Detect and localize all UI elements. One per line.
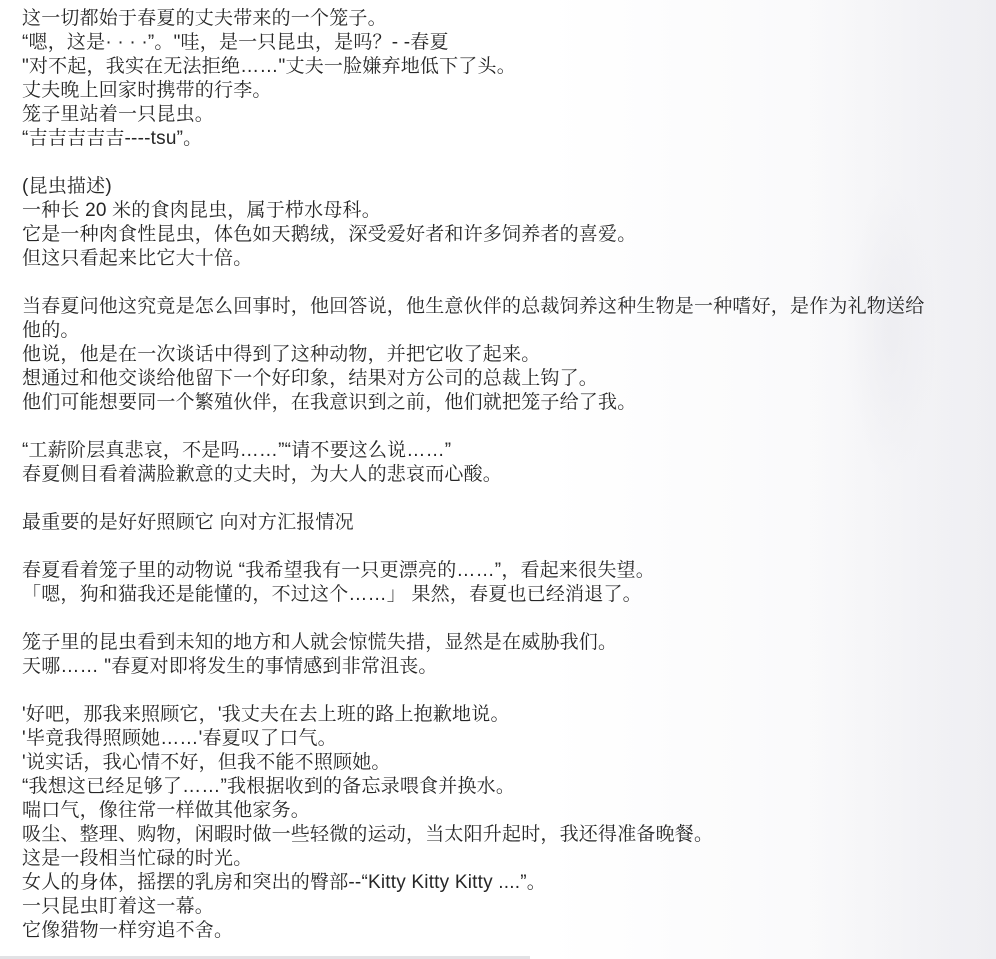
text-line: '说实话，我心情不好，但我不能不照顾她。	[22, 751, 978, 775]
text-line: "对不起，我实在无法拒绝……"丈夫一脸嫌弃地低下了头。	[22, 55, 978, 79]
text-line: 「嗯，狗和猫我还是能懂的，不过这个……」 果然，春夏也已经消退了。	[22, 583, 978, 607]
text-line: 天哪…… "春夏对即将发生的事情感到非常沮丧。	[22, 655, 978, 679]
text-line: “我想这已经足够了……”我根据收到的备忘录喂食并换水。	[22, 775, 978, 799]
text-line: 笼子里的昆虫看到未知的地方和人就会惊慌失措，显然是在威胁我们。	[22, 631, 978, 655]
text-line: 笼子里站着一只昆虫。	[22, 103, 978, 127]
text-line: 但这只看起来比它大十倍。	[22, 247, 978, 271]
text-line: 春夏看着笼子里的动物说 “我希望我有一只更漂亮的……”，看起来很失望。	[22, 559, 978, 583]
paragraph-explanation: 当春夏问他这究竟是怎么回事时，他回答说，他生意伙伴的总裁饲养这种生物是一种嗜好，…	[22, 295, 978, 415]
text-line: '毕竟我得照顾她……'春夏叹了口气。	[22, 727, 978, 751]
text-line: “工薪阶层真悲哀，不是吗……”“请不要这么说……”	[22, 439, 978, 463]
paragraph-insect-description: (昆虫描述) 一种长 20 米的食肉昆虫，属于栉水母科。 它是一种肉食性昆虫，体…	[22, 175, 978, 271]
text-line: 他的。	[22, 319, 978, 343]
paragraph-instruction: 最重要的是好好照顾它 向对方汇报情况	[22, 511, 978, 535]
text-line: 春夏侧目看着满脸歉意的丈夫时，为大人的悲哀而心酸。	[22, 463, 978, 487]
paragraph-opening: 这一切都始于春夏的丈夫带来的一个笼子。 “嗯，这是· · · ·”。"哇，是一只…	[22, 7, 978, 151]
text-line: 一种长 20 米的食肉昆虫，属于栉水母科。	[22, 199, 978, 223]
paragraph-cage-insect: 笼子里的昆虫看到未知的地方和人就会惊慌失措，显然是在威胁我们。 天哪…… "春夏…	[22, 631, 978, 679]
text-line: 最重要的是好好照顾它 向对方汇报情况	[22, 511, 978, 535]
text-line: 这一切都始于春夏的丈夫带来的一个笼子。	[22, 7, 978, 31]
text-line: 他们可能想要同一个繁殖伙伴，在我意识到之前，他们就把笼子给了我。	[22, 391, 978, 415]
text-line: “吉吉吉吉吉----tsu”。	[22, 127, 978, 151]
text-line: “嗯，这是· · · ·”。"哇，是一只昆虫，是吗？- -春夏	[22, 31, 978, 55]
document-page: 这一切都始于春夏的丈夫带来的一个笼子。 “嗯，这是· · · ·”。"哇，是一只…	[0, 0, 996, 959]
text-line: 吸尘、整理、购物，闲暇时做一些轻微的运动，当太阳升起时，我还得准备晚餐。	[22, 823, 978, 847]
document-content: 这一切都始于春夏的丈夫带来的一个笼子。 “嗯，这是· · · ·”。"哇，是一只…	[0, 0, 996, 943]
paragraph-daily-care: '好吧，那我来照顾它，'我丈夫在去上班的路上抱歉地说。 '毕竟我得照顾她……'春…	[22, 703, 978, 943]
text-line: 丈夫晚上回家时携带的行李。	[22, 79, 978, 103]
text-line: (昆虫描述)	[22, 175, 978, 199]
text-line: 想通过和他交谈给他留下一个好印象，结果对方公司的总裁上钩了。	[22, 367, 978, 391]
paragraph-dialogue-sadness: “工薪阶层真悲哀，不是吗……”“请不要这么说……” 春夏侧目看着满脸歉意的丈夫时…	[22, 439, 978, 487]
text-line: 这是一段相当忙碌的时光。	[22, 847, 978, 871]
text-line: 它是一种肉食性昆虫，体色如天鹅绒，深受爱好者和许多饲养者的喜爱。	[22, 223, 978, 247]
text-line: '好吧，那我来照顾它，'我丈夫在去上班的路上抱歉地说。	[22, 703, 978, 727]
text-line: 女人的身体，摇摆的乳房和突出的臀部--“Kitty Kitty Kitty ..…	[22, 871, 978, 895]
text-line: 一只昆虫盯着这一幕。	[22, 895, 978, 919]
text-line: 当春夏问他这究竟是怎么回事时，他回答说，他生意伙伴的总裁饲养这种生物是一种嗜好，…	[22, 295, 978, 319]
paragraph-disappointment: 春夏看着笼子里的动物说 “我希望我有一只更漂亮的……”，看起来很失望。 「嗯，狗…	[22, 559, 978, 607]
text-line: 它像猎物一样穷追不舍。	[22, 919, 978, 943]
text-line: 喘口气，像往常一样做其他家务。	[22, 799, 978, 823]
text-line: 他说，他是在一次谈话中得到了这种动物，并把它收了起来。	[22, 343, 978, 367]
